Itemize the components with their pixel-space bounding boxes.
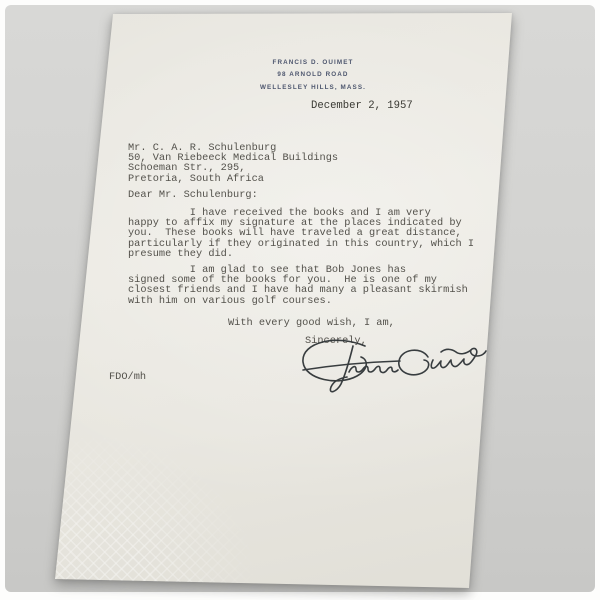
letter-paper: FRANCIS D. OUIMET 98 ARNOLD ROAD WELLESL… — [0, 0, 600, 600]
letter-date: December 2, 1957 — [311, 101, 413, 111]
salutation: Dear Mr. Schulenburg: — [128, 190, 258, 200]
body-paragraph-1: I have received the books and I am very … — [128, 208, 474, 259]
letterhead-name: FRANCIS D. OUIMET — [203, 57, 423, 69]
letterhead-street: 98 ARNOLD ROAD — [203, 69, 423, 81]
recipient-address: Mr. C. A. R. Schulenburg 50, Van Riebeec… — [128, 143, 338, 184]
paper-watermark-texture — [40, 430, 260, 590]
francis-ouimet-signature-icon — [275, 330, 490, 402]
body-paragraph-2: I am glad to see that Bob Jones has sign… — [128, 265, 468, 306]
paper-shadow: FRANCIS D. OUIMET 98 ARNOLD ROAD WELLESL… — [0, 0, 600, 600]
letterhead: FRANCIS D. OUIMET 98 ARNOLD ROAD WELLESL… — [203, 57, 423, 94]
typist-initials: FDO/mh — [109, 372, 146, 382]
letterhead-city: WELLESLEY HILLS, MASS. — [203, 82, 423, 94]
closing-line: With every good wish, I am, — [228, 318, 395, 328]
